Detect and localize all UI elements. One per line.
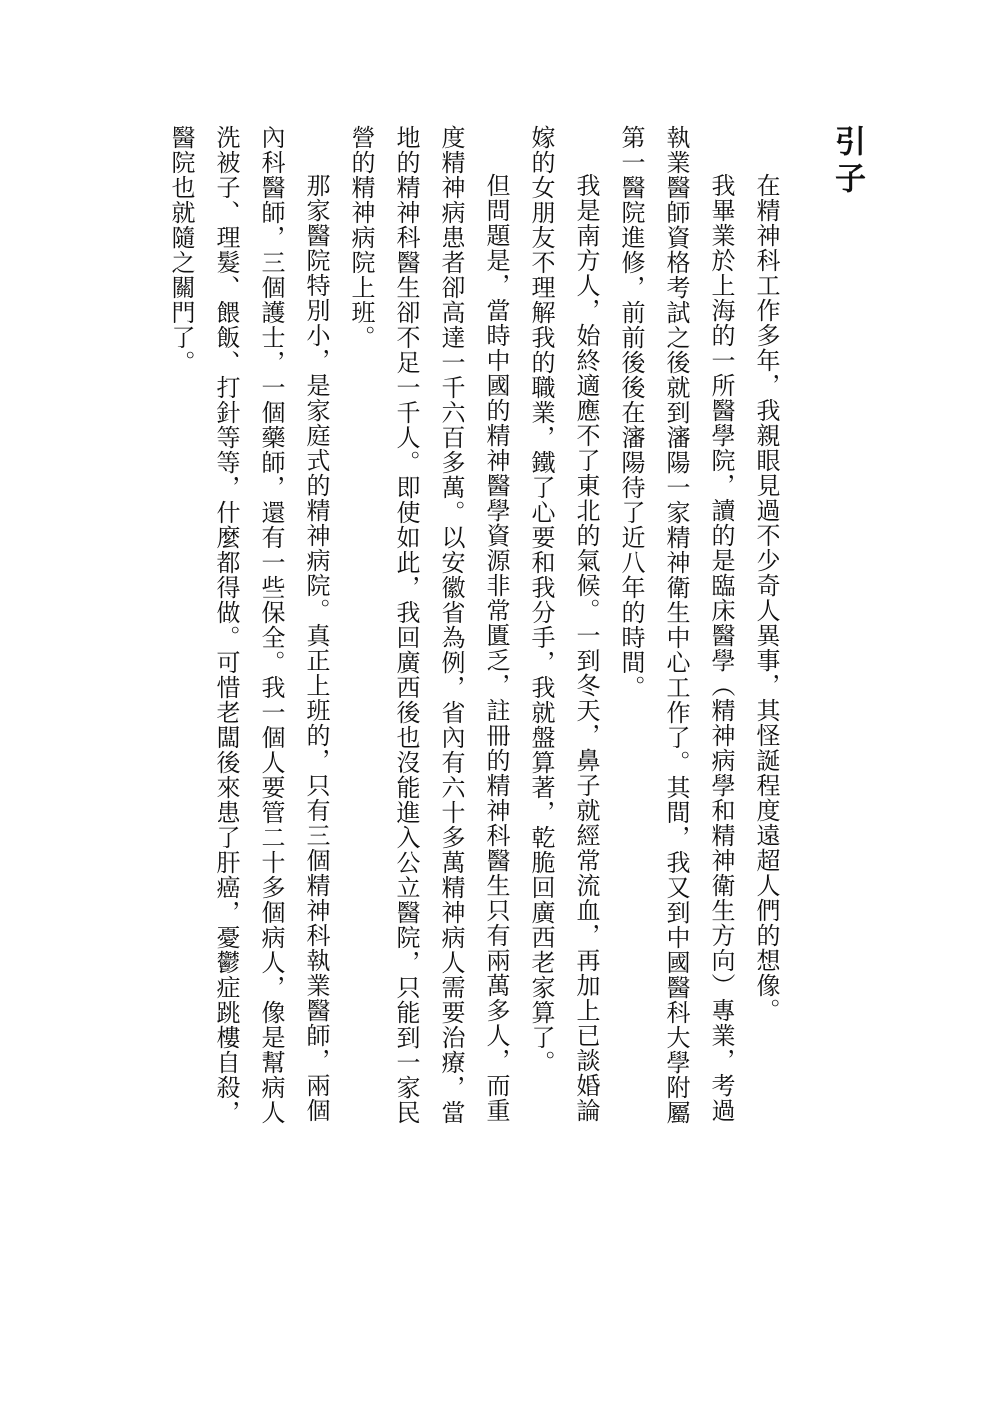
paragraph: 我是南方人，始終適應不了東北的氣候。一到冬天，鼻子就經常流血，再加上已談婚論嫁的…: [517, 125, 607, 1130]
paragraph: 我畢業於上海的一所醫學院，讀的是臨床醫學（精神病學和精神衛生方向）專業，考過執業…: [607, 125, 742, 1130]
paragraph: 但問題是，當時中國的精神醫學資源非常匱乏，註冊的精神科醫生只有兩萬多人，而重度精…: [337, 125, 517, 1130]
vertical-text-block: 引子 在精神科工作多年，我親眼見過不少奇人異事，其怪誕程度遠超人們的想像。 我畢…: [157, 125, 870, 1130]
chapter-title: 引子: [825, 125, 870, 1130]
paragraph: 那家醫院特別小，是家庭式的精神病院。真正上班的，只有三個精神科執業醫師，兩個內科…: [157, 125, 337, 1130]
paragraph: 在精神科工作多年，我親眼見過不少奇人異事，其怪誕程度遠超人們的想像。: [742, 125, 787, 1130]
book-page: { "page": { "title": "引子", "paragraphs":…: [0, 0, 1000, 1419]
